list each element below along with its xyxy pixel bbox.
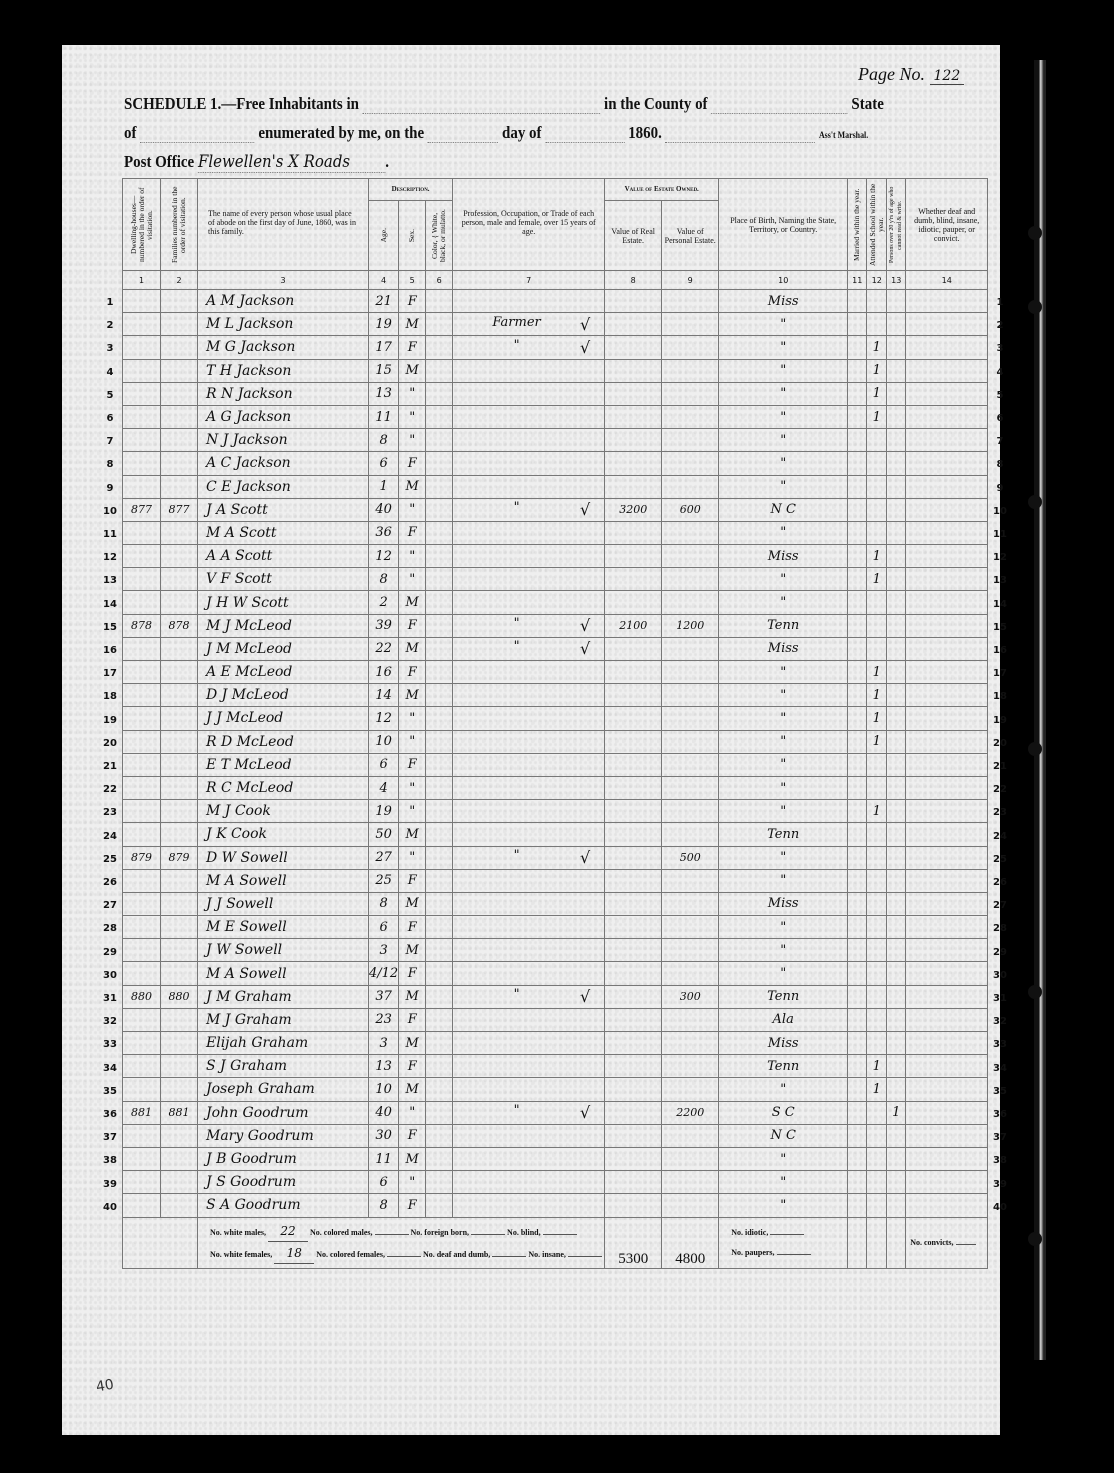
married-within-year [848,684,867,707]
column-number: 6 [426,271,453,290]
attended-school [867,614,887,637]
cannot-read-write [887,429,906,452]
cannot-read-write [887,707,906,730]
age: 13 [369,1055,399,1078]
married-within-year [848,614,867,637]
line-number: 12 [988,552,1012,563]
attended-school [867,591,887,614]
married-within-year [848,359,867,382]
census-row: Joseph Graham10M"1 [123,1078,988,1101]
attended-school: 1 [867,359,887,382]
header-illiterate: Persons over 20 y'rs of age who cannot r… [887,179,906,271]
attended-school [867,846,887,869]
family-number [161,823,198,846]
line-number: 8 [100,459,120,470]
birthplace: " [719,684,848,707]
married-within-year [848,800,867,823]
family-number [161,1055,198,1078]
person-name: A M Jackson [198,290,369,313]
personal-estate-value [662,684,719,707]
line-number: 9 [988,483,1012,494]
header-dwelling: Dwelling-houses—numbered in the order of… [123,179,161,271]
married-within-year [848,1194,867,1217]
married-within-year [848,776,867,799]
dwelling-number [123,382,161,405]
age: 4/12 [369,962,399,985]
color [426,498,453,521]
disability [906,614,988,637]
cannot-read-write [887,521,906,544]
color [426,1147,453,1170]
family-number [161,405,198,428]
header-disability: Whether deaf and dumb, blind, insane, id… [906,179,988,271]
personal-estate-value: 600 [662,498,719,521]
family-number [161,1171,198,1194]
line-number: 35 [988,1086,1012,1097]
dwelling-number [123,521,161,544]
census-row: 879879D W Sowell27""√500" [123,846,988,869]
real-estate-value [605,545,662,568]
census-row: J K Cook50MTenn [123,823,988,846]
color [426,962,453,985]
age: 2 [369,591,399,614]
white-females-count: 18 [274,1243,314,1264]
age: 17 [369,336,399,359]
cannot-read-write [887,892,906,915]
line-number: 17 [100,668,120,679]
color [426,429,453,452]
age: 37 [369,985,399,1008]
real-estate-value: 2100 [605,614,662,637]
binding-rivet [1028,742,1042,756]
column-number: 10 [719,271,848,290]
line-number: 9 [100,483,120,494]
personal-estate-value [662,1055,719,1078]
sex: M [399,313,426,336]
cannot-read-write [887,405,906,428]
married-within-year [848,869,867,892]
age: 19 [369,800,399,823]
sex: " [399,776,426,799]
personal-estate-value [662,475,719,498]
census-row: C E Jackson1M" [123,475,988,498]
column-number: 14 [906,271,988,290]
sex: M [399,1032,426,1055]
sex: " [399,545,426,568]
column-number: 8 [605,271,662,290]
disability [906,753,988,776]
age: 6 [369,916,399,939]
birthplace: N C [719,1124,848,1147]
family-number [161,1124,198,1147]
birthplace: " [719,1147,848,1170]
family-number: 880 [161,985,198,1008]
age: 3 [369,1032,399,1055]
sex: F [399,336,426,359]
sex: " [399,405,426,428]
family-number [161,591,198,614]
person-name: J B Goodrum [198,1147,369,1170]
real-estate-value [605,336,662,359]
birthplace: " [719,800,848,823]
real-estate-value [605,475,662,498]
personal-estate-value [662,1171,719,1194]
dwelling-number [123,1171,161,1194]
column-number: 5 [399,271,426,290]
person-name: D J McLeod [198,684,369,707]
personal-estate-value: 500 [662,846,719,869]
census-row: A E McLeod16F"1 [123,661,988,684]
column-number: 7 [453,271,605,290]
personal-estate-value [662,359,719,382]
disability [906,684,988,707]
census-row: R N Jackson13""1 [123,382,988,405]
married-within-year [848,1124,867,1147]
dwelling-number [123,591,161,614]
dwelling-number [123,475,161,498]
check-mark-icon: √ [580,639,590,658]
dwelling-number [123,892,161,915]
line-number: 39 [100,1179,120,1190]
sex: M [399,1078,426,1101]
line-number: 35 [100,1086,120,1097]
cannot-read-write [887,637,906,660]
birthplace: Tenn [719,614,848,637]
personal-estate-value [662,591,719,614]
line-number: 4 [100,367,120,378]
family-number [161,452,198,475]
person-name: M E Sowell [198,916,369,939]
check-mark-icon: √ [580,315,590,334]
header-school: Attended School within the year. [867,179,887,271]
attended-school [867,452,887,475]
census-row: M J Cook19""1 [123,800,988,823]
age: 13 [369,382,399,405]
attended-school [867,521,887,544]
header-name: The name of every person whose usual pla… [198,179,369,271]
attended-school: 1 [867,336,887,359]
census-row: M E Sowell6F" [123,916,988,939]
day-of-label: day of [502,123,541,142]
personal-estate-value [662,568,719,591]
cannot-read-write [887,591,906,614]
line-number: 1 [100,297,120,308]
birthplace: " [719,568,848,591]
line-number: 31 [988,993,1012,1004]
binding-rivet [1028,1232,1042,1246]
line-number: 32 [988,1016,1012,1027]
birthplace: " [719,916,848,939]
occupation-text: " [514,987,520,1002]
line-number: 38 [100,1155,120,1166]
cannot-read-write [887,1078,906,1101]
cannot-read-write [887,568,906,591]
dwelling-number [123,313,161,336]
personal-estate-value [662,336,719,359]
attended-school [867,429,887,452]
sex: F [399,962,426,985]
line-number: 20 [100,738,120,749]
asst-marshal-label: Ass't Marshal. [819,130,868,140]
cannot-read-write [887,336,906,359]
line-number: 19 [100,715,120,726]
real-estate-value [605,1008,662,1031]
line-number: 25 [100,854,120,865]
line-number: 6 [100,413,120,424]
dwelling-number [123,939,161,962]
occupation [453,661,605,684]
age: 8 [369,568,399,591]
color [426,892,453,915]
header-sex: Sex. [399,201,426,271]
line-number: 19 [988,715,1012,726]
person-name: J J McLeod [198,707,369,730]
real-estate-value [605,1101,662,1124]
color [426,545,453,568]
age: 40 [369,498,399,521]
census-row: Elijah Graham3MMiss [123,1032,988,1055]
age: 39 [369,614,399,637]
family-number [161,429,198,452]
disability [906,568,988,591]
birthplace: Miss [719,545,848,568]
disability [906,800,988,823]
real-estate-value [605,452,662,475]
line-number: 34 [100,1063,120,1074]
check-mark-icon: √ [580,987,590,1006]
dwelling-number [123,661,161,684]
attended-school [867,1124,887,1147]
dwelling-number [123,637,161,660]
line-number: 23 [100,807,120,818]
real-estate-value [605,591,662,614]
married-within-year [848,591,867,614]
line-number: 32 [100,1016,120,1027]
disability [906,1101,988,1124]
color [426,637,453,660]
attended-school [867,985,887,1008]
dwelling-number [123,776,161,799]
dwelling-number: 880 [123,985,161,1008]
line-number: 4 [988,367,1012,378]
family-number [161,962,198,985]
cannot-read-write [887,962,906,985]
of-label: of [124,123,136,142]
attended-school [867,637,887,660]
color [426,1032,453,1055]
census-row: M A Scott36F" [123,521,988,544]
real-estate-value [605,916,662,939]
color [426,614,453,637]
married-within-year [848,521,867,544]
married-within-year [848,1147,867,1170]
sex: M [399,359,426,382]
census-row: 881881John Goodrum40""√2200S C1 [123,1101,988,1124]
census-row: A A Scott12"Miss1 [123,545,988,568]
person-name: J M McLeod [198,637,369,660]
line-number: 25 [988,854,1012,865]
header-family: Families numbered in the order of visita… [161,179,198,271]
cannot-read-write [887,753,906,776]
person-name: A G Jackson [198,405,369,428]
sex: F [399,661,426,684]
family-number [161,1147,198,1170]
line-number: 28 [988,923,1012,934]
disability [906,452,988,475]
color [426,1078,453,1101]
line-number: 14 [988,599,1012,610]
occupation: "√ [453,985,605,1008]
white-males-count: 22 [268,1221,308,1242]
sex: F [399,1055,426,1078]
family-number [161,475,198,498]
occupation [453,1171,605,1194]
married-within-year [848,405,867,428]
line-number: 16 [988,645,1012,656]
census-row: J M McLeod22M"√Miss [123,637,988,660]
line-number: 17 [988,668,1012,679]
color [426,591,453,614]
married-within-year [848,290,867,313]
dwelling-number [123,916,161,939]
attended-school [867,1008,887,1031]
occupation [453,916,605,939]
attended-school [867,1032,887,1055]
census-row: N J Jackson8"" [123,429,988,452]
person-name: C E Jackson [198,475,369,498]
binding-rivet [1028,985,1042,999]
occupation [453,452,605,475]
attended-school: 1 [867,800,887,823]
sex: F [399,614,426,637]
age: 25 [369,869,399,892]
person-name: M L Jackson [198,313,369,336]
line-number: 18 [100,691,120,702]
personal-estate-value [662,916,719,939]
married-within-year [848,892,867,915]
cannot-read-write [887,290,906,313]
attended-school [867,776,887,799]
census-row: M A Sowell25F" [123,869,988,892]
binding-spine [1034,60,1046,1360]
cannot-read-write [887,776,906,799]
disability [906,637,988,660]
real-estate-value [605,846,662,869]
personal-estate-value [662,290,719,313]
line-number: 5 [100,390,120,401]
family-number [161,1008,198,1031]
family-number: 878 [161,614,198,637]
personal-estate-value [662,1194,719,1217]
occupation [453,475,605,498]
census-row: D J McLeod14M"1 [123,684,988,707]
birthplace: " [719,429,848,452]
occupation [453,939,605,962]
family-number [161,568,198,591]
sex: M [399,939,426,962]
line-number: 3 [988,343,1012,354]
line-number: 30 [100,970,120,981]
family-number [161,637,198,660]
line-number: 21 [988,761,1012,772]
sex: M [399,591,426,614]
personal-estate-value [662,869,719,892]
census-row: A C Jackson6F" [123,452,988,475]
disability [906,313,988,336]
person-name: J A Scott [198,498,369,521]
family-number [161,684,198,707]
personal-estate-value [662,313,719,336]
personal-estate-value: 2200 [662,1101,719,1124]
married-within-year [848,498,867,521]
sex: F [399,521,426,544]
sex: " [399,498,426,521]
birthplace: " [719,962,848,985]
family-number [161,730,198,753]
person-name: Elijah Graham [198,1032,369,1055]
personal-estate-value [662,962,719,985]
family-number [161,800,198,823]
person-name: J J Sowell [198,892,369,915]
occupation [453,684,605,707]
cannot-read-write [887,1147,906,1170]
real-estate-value [605,892,662,915]
person-name: J K Cook [198,823,369,846]
personal-estate-value [662,707,719,730]
attended-school: 1 [867,730,887,753]
disability [906,776,988,799]
binding-rivet [1028,226,1042,240]
occupation-text: " [514,338,520,353]
attended-school [867,869,887,892]
personal-estate-value [662,1147,719,1170]
line-number: 11 [100,529,120,540]
married-within-year [848,1008,867,1031]
dwelling-number: 879 [123,846,161,869]
attended-school: 1 [867,1078,887,1101]
cannot-read-write [887,823,906,846]
person-name: A C Jackson [198,452,369,475]
person-name: N J Jackson [198,429,369,452]
occupation [453,776,605,799]
occupation [453,591,605,614]
personal-estate-value [662,545,719,568]
attended-school [867,753,887,776]
color [426,1055,453,1078]
real-estate-value: 3200 [605,498,662,521]
cannot-read-write [887,985,906,1008]
sex: M [399,985,426,1008]
cannot-read-write [887,684,906,707]
color [426,568,453,591]
age: 6 [369,452,399,475]
disability [906,1194,988,1217]
occupation [453,892,605,915]
attended-school: 1 [867,545,887,568]
married-within-year [848,336,867,359]
line-number: 18 [988,691,1012,702]
occupation: Farmer√ [453,313,605,336]
cannot-read-write [887,730,906,753]
color [426,1101,453,1124]
disability [906,661,988,684]
family-number [161,336,198,359]
married-within-year [848,545,867,568]
birthplace: " [719,521,848,544]
married-within-year [848,382,867,405]
attended-school [867,1194,887,1217]
family-number [161,776,198,799]
